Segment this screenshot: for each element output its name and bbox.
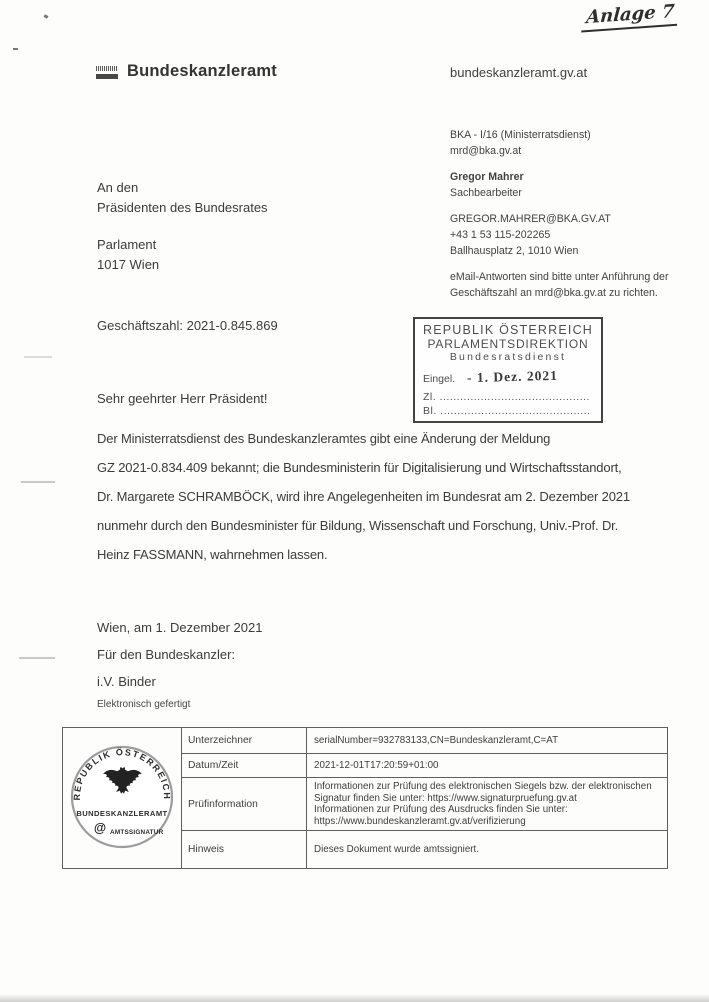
- scan-artifact: [19, 657, 55, 659]
- closing-signer: i.V. Binder: [97, 668, 262, 695]
- scan-edge-shadow: [0, 994, 709, 1002]
- website-url: bundeskanzleramt.gv.at: [450, 65, 587, 80]
- contact-department-email: mrd@bka.gv.at: [450, 143, 668, 159]
- reply-note-line1: eMail-Antworten sind bitte unter Anführu…: [450, 269, 668, 285]
- stamp-zl-line: Zl. ....................................…: [423, 391, 593, 403]
- closing-on-behalf: Für den Bundeskanzler:: [97, 641, 262, 668]
- austrian-flag-logo-icon: [96, 66, 118, 79]
- stamp-line3: Bundesratsdienst: [415, 351, 601, 363]
- flag-bar-bottom: [96, 74, 118, 79]
- scan-artifact: [24, 356, 52, 358]
- recipient-line1: An den: [97, 178, 268, 198]
- salutation: Sehr geehrter Herr Präsident!: [97, 391, 268, 406]
- signature-table-label: Hinweis: [182, 831, 307, 869]
- scan-artifact: [13, 48, 18, 50]
- letter-body: Der Ministerratsdienst des Bundeskanzler…: [97, 424, 630, 569]
- contact-role: Sachbearbeiter: [450, 185, 668, 201]
- signature-table-label: Prüfinformation: [182, 778, 307, 831]
- organization-name: Bundeskanzleramt: [127, 62, 277, 81]
- efiled-note: Elektronisch gefertigt: [97, 699, 190, 710]
- contact-block: BKA - I/16 (Ministerratsdienst) mrd@bka.…: [450, 127, 668, 301]
- amtssignatur-seal: REPUBLIK ÖSTERREICH BUNDESKANZLERAMT @ A…: [69, 744, 175, 850]
- signature-table-label: Datum/Zeit: [182, 754, 307, 778]
- at-symbol-icon: @: [94, 821, 106, 835]
- stamp-received-date: - 1. Dez. 2021: [467, 368, 558, 386]
- closing-place-date: Wien, am 1. Dezember 2021: [97, 614, 262, 641]
- recipient-line4: 1017 Wien: [97, 255, 268, 275]
- recipient-line3: Parlament: [97, 235, 268, 255]
- receipt-stamp: REPUBLIK ÖSTERREICH PARLAMENTSDIREKTION …: [413, 317, 603, 423]
- closing-block: Wien, am 1. Dezember 2021 Für den Bundes…: [97, 614, 262, 695]
- stamp-line1: REPUBLIK ÖSTERREICH: [415, 323, 601, 337]
- contact-address: Ballhausplatz 2, 1010 Wien: [450, 243, 668, 259]
- stamp-line2: PARLAMENTSDIREKTION: [415, 337, 601, 351]
- seal-org-text: BUNDESKANZLERAMT: [76, 809, 167, 818]
- reply-note-line2: Geschäftszahl an mrd@bka.gv.at zu richte…: [450, 285, 668, 301]
- signature-table: REPUBLIK ÖSTERREICH BUNDESKANZLERAMT @ A…: [62, 727, 668, 869]
- contact-phone: +43 1 53 115-202265: [450, 227, 668, 243]
- seal-signature-label: AMTSSIGNATUR: [110, 829, 164, 836]
- signature-table-value: 2021-12-01T17:20:59+01:00: [307, 754, 668, 778]
- scan-artifact: [21, 481, 55, 483]
- signature-table-label: Unterzeichner: [182, 728, 307, 754]
- contact-name: Gregor Mahrer: [450, 169, 668, 185]
- recipient-address: An den Präsidenten des Bundesrates Parla…: [97, 178, 268, 275]
- contact-department: BKA - I/16 (Ministerratsdienst): [450, 127, 668, 143]
- flag-bar-top: [96, 66, 118, 71]
- recipient-line2: Präsidenten des Bundesrates: [97, 198, 268, 218]
- reference-number: Geschäftszahl: 2021-0.845.869: [97, 318, 278, 333]
- handwritten-annotation: Anlage 7: [581, 1, 679, 33]
- official-seal-cell: REPUBLIK ÖSTERREICH BUNDESKANZLERAMT @ A…: [63, 728, 182, 869]
- scan-artifact: [44, 14, 49, 19]
- scanned-letter-page: Anlage 7 Bundeskanzleramt bundeskanzlera…: [0, 0, 709, 1002]
- contact-email: GREGOR.MAHRER@BKA.GV.AT: [450, 211, 668, 227]
- signature-table-value: Informationen zur Prüfung des elektronis…: [307, 778, 668, 831]
- signature-table-value: Dieses Dokument wurde amtssigniert.: [307, 831, 668, 869]
- signature-table-value: serialNumber=932783133,CN=Bundeskanzlera…: [307, 728, 668, 754]
- stamp-received-label: Eingel.: [423, 373, 455, 385]
- stamp-bl-line: Bl. ....................................…: [423, 405, 593, 417]
